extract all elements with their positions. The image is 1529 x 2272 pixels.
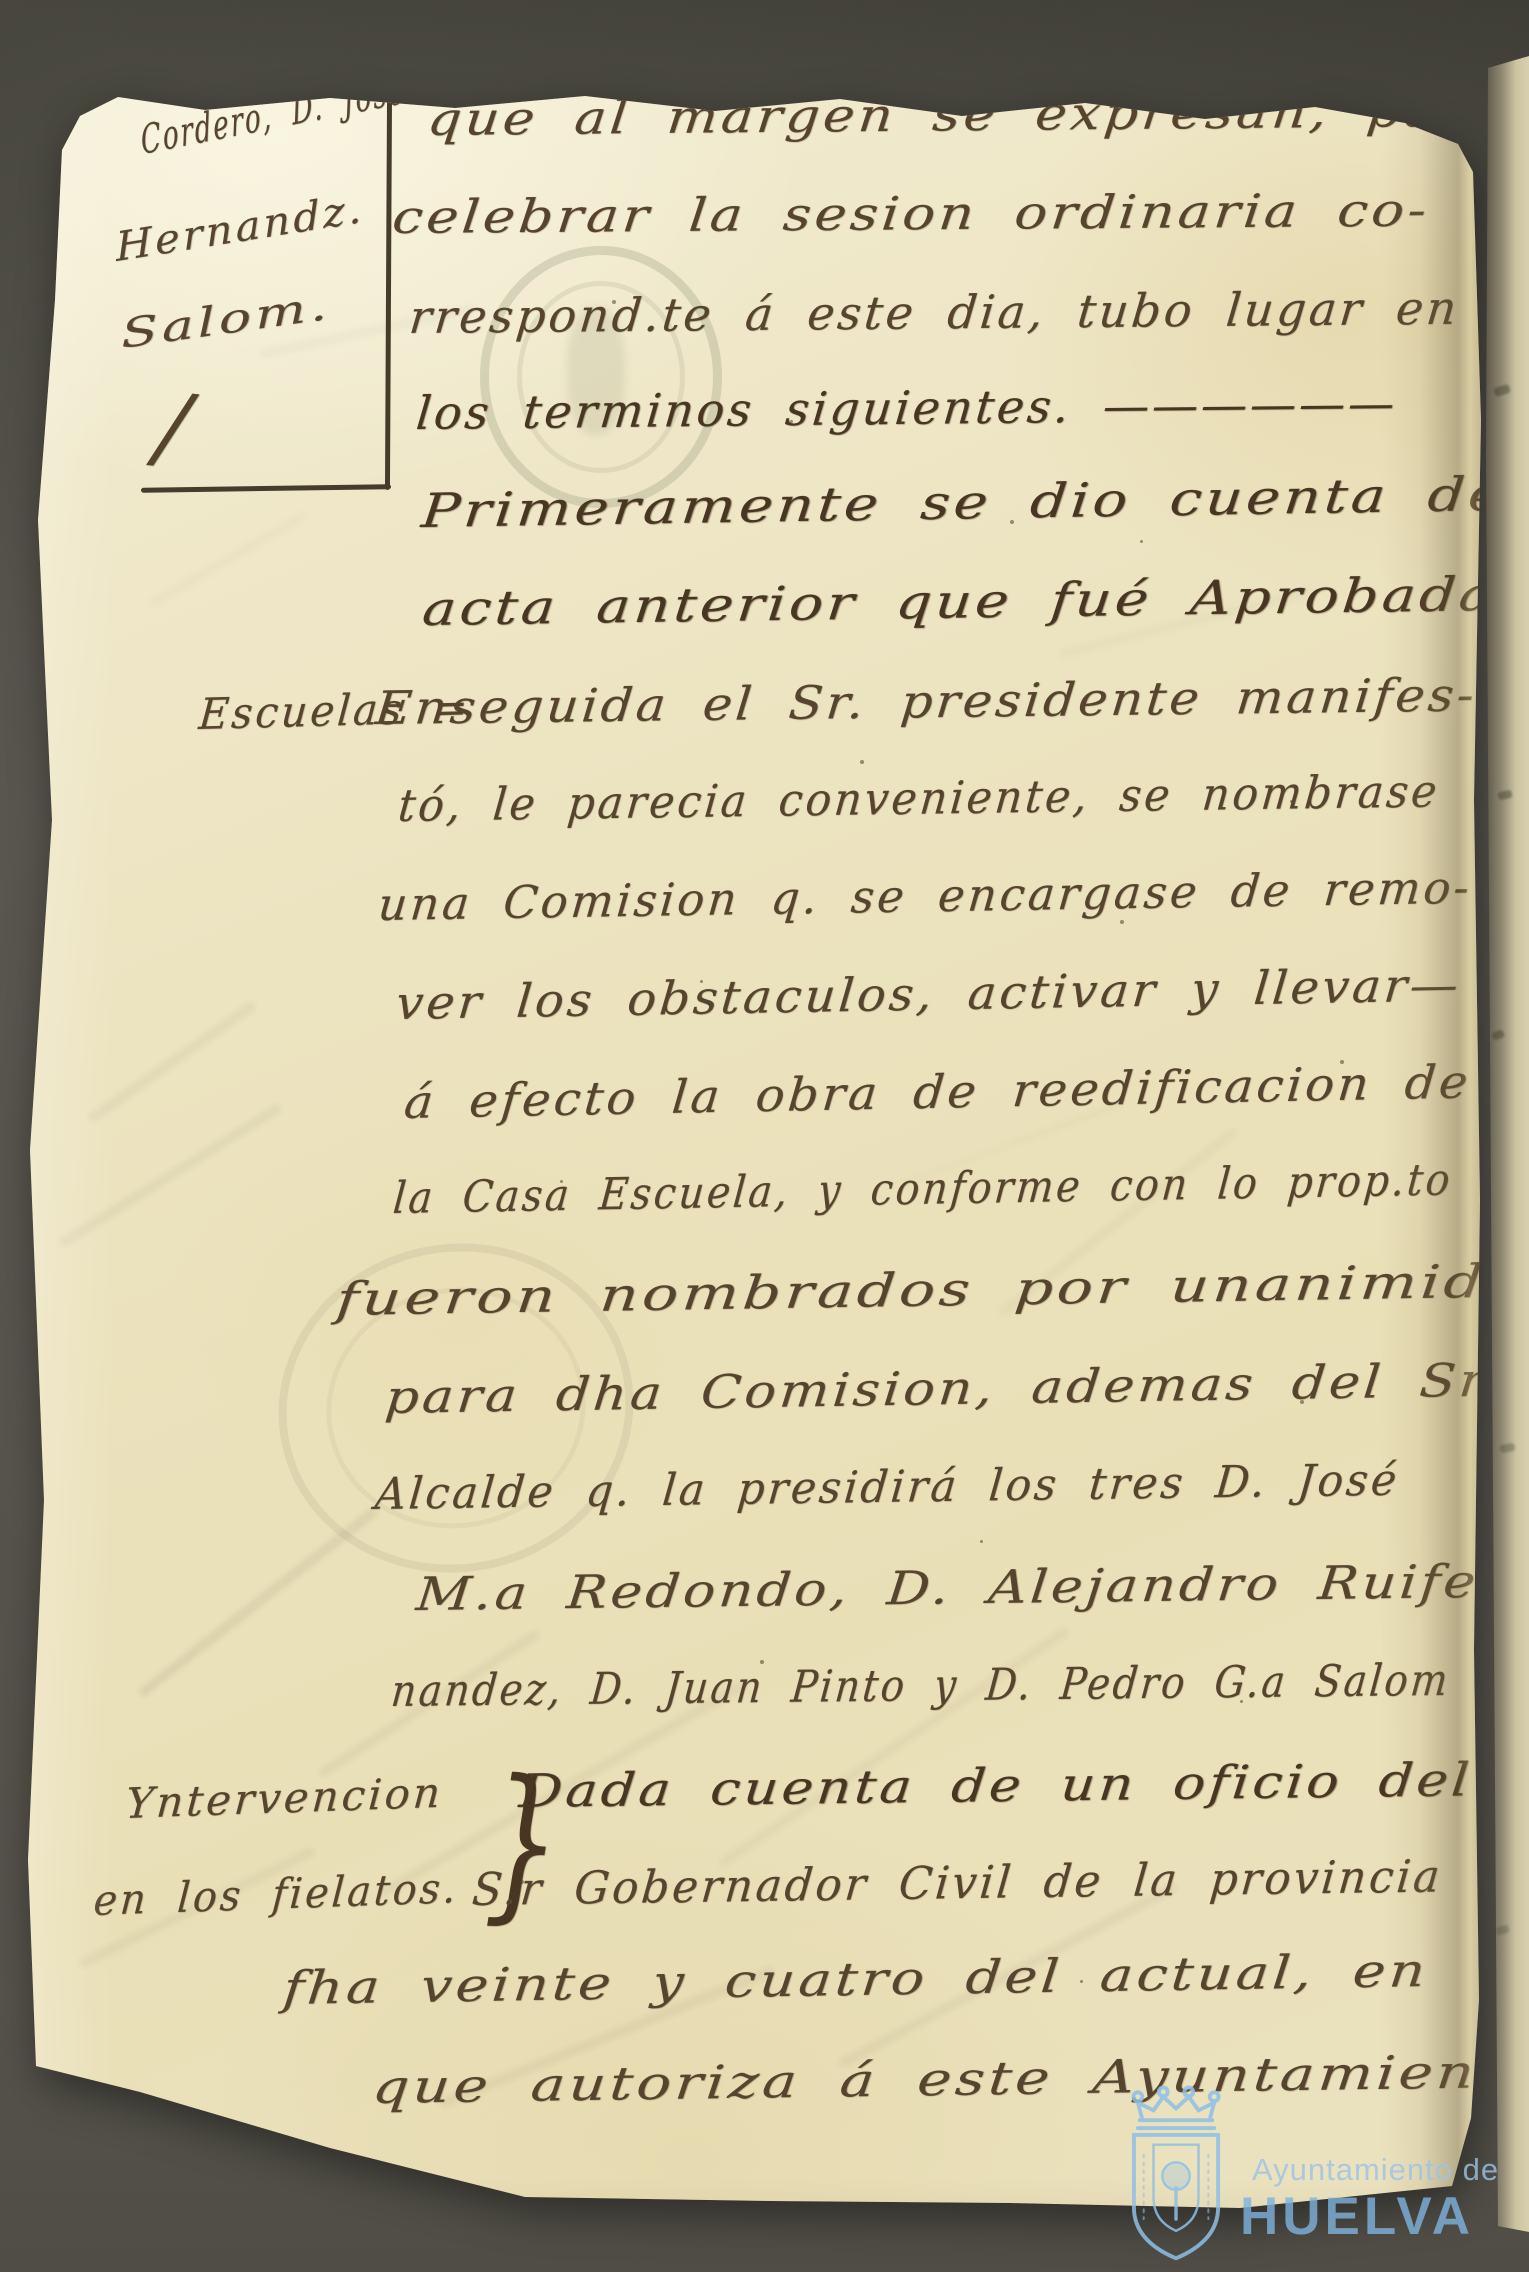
margin-rule-vertical: [385, 94, 392, 490]
ink-speck: [560, 1180, 563, 1183]
manuscript-line: á efecto la obra de reedificacion de: [402, 1054, 1473, 1129]
manuscript-page-wrap: Cordero, D. José Hernandz. Salom. / Escu…: [0, 0, 1529, 2272]
ink-speck: [1140, 540, 1143, 543]
ink-speck: [520, 1880, 524, 1884]
ink-speck: [1340, 1060, 1344, 1064]
margin-rule-horizontal: [141, 484, 391, 492]
ink-speck: [612, 300, 616, 304]
manuscript-line: S.r Gobernador Civil de la provincia: [470, 1849, 1445, 1916]
manuscript-line: Dada cuenta de un oficio del: [517, 1752, 1475, 1818]
ink-speck: [1120, 920, 1124, 924]
manuscript-line: que al margen se expresan, para: [425, 83, 1507, 146]
margin-note-intervencion-line1: Yntervencion: [124, 1768, 445, 1828]
show-through-mark: [148, 511, 308, 609]
margin-name-cordero: Cordero, D. José: [139, 67, 407, 164]
manuscript-line: nandez, D. Juan Pinto y D. Pedro G.a Sal…: [389, 1655, 1452, 1717]
manuscript-line: Enseguida el Sr. presidente manifes-: [373, 667, 1479, 735]
manuscript-line: fha veinte y cuatro del actual, en: [281, 1943, 1431, 2015]
manuscript-line: acta anterior que fué Aprobada—: [420, 566, 1529, 637]
ink-speck: [760, 1660, 764, 1664]
manuscript-line: los terminos siguientes. ——————: [414, 376, 1400, 440]
show-through-mark: [87, 1001, 256, 1123]
margin-name-hernandez: Hernandz.: [115, 185, 366, 271]
margin-note-intervencion-line2: en los fielatos.: [92, 1863, 460, 1925]
manuscript-page: Cordero, D. José Hernandz. Salom. / Escu…: [0, 0, 1529, 2272]
ink-speck: [1290, 800, 1293, 803]
ink-speck: [1240, 1700, 1243, 1703]
ink-speck: [1300, 1400, 1304, 1404]
manuscript-line: rrespond.te á este dia, tubo lugar en: [407, 281, 1462, 344]
manuscript-line: una Comision q. se encargase de remo-: [376, 861, 1474, 931]
margin-flourish: /: [152, 373, 194, 483]
manuscript-line: que autoriza á este Ayuntamien: [370, 2044, 1480, 2114]
scanned-document: { "margin_block": { "lines": ["Cordero, …: [0, 0, 1529, 2272]
manuscript-line: tó, le parecia conveniente, se nombrase: [396, 764, 1442, 832]
ink-speck: [1080, 1980, 1083, 1983]
manuscript-line: ver los obstaculos, activar y llevar—: [394, 957, 1463, 1030]
manuscript-line: M.a Redondo, D. Alejandro Ruifer-: [414, 1553, 1529, 1621]
show-through-mark: [137, 1506, 379, 1698]
embossed-seal-stamp: [480, 246, 722, 508]
ink-speck: [980, 1540, 983, 1543]
ink-speck: [1010, 520, 1014, 524]
ink-speck: [860, 760, 864, 764]
ink-speck: [700, 980, 703, 983]
show-through-mark: [58, 1103, 283, 1248]
manuscript-line: la Casa Escuela, y conforme con lo prop.…: [391, 1154, 1454, 1224]
manuscript-line: celebrar la sesion ordinaria co-: [390, 183, 1432, 244]
ink-speck: [790, 420, 793, 423]
